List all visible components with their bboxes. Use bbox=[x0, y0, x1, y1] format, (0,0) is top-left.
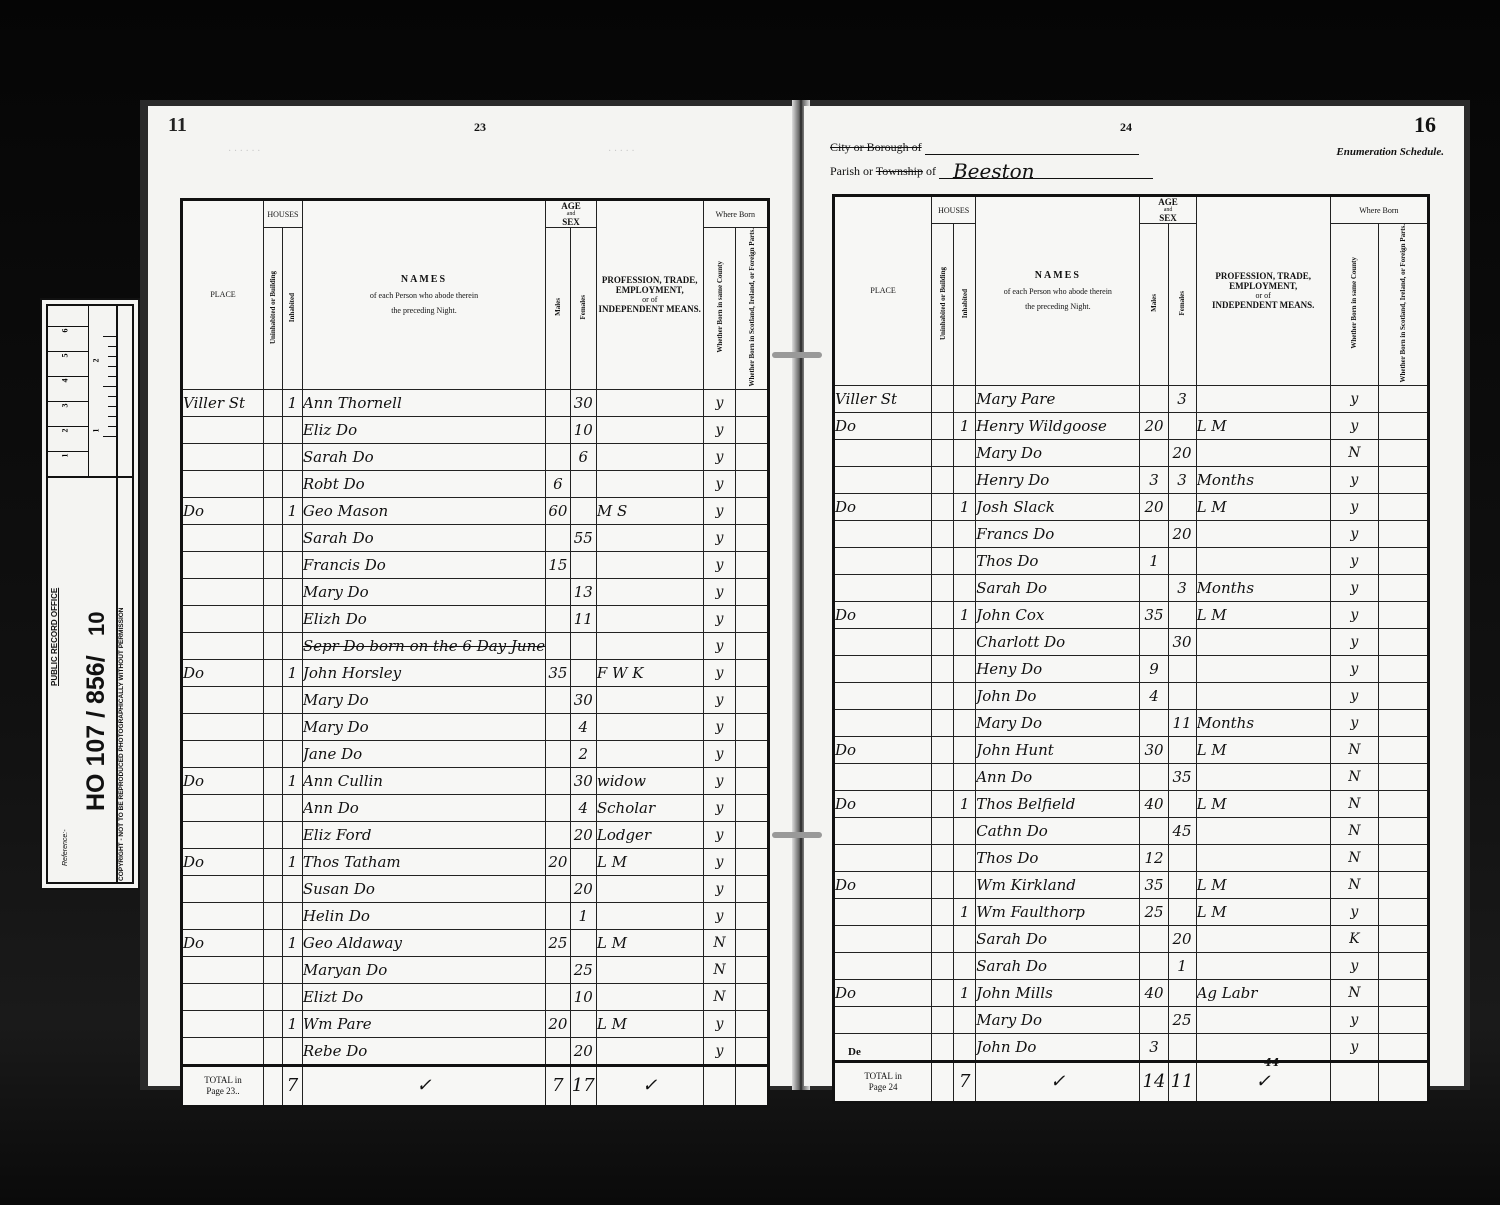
inhabited-cell bbox=[283, 686, 303, 713]
profession-cell bbox=[1196, 439, 1330, 466]
table-row: Thos Do1y bbox=[834, 547, 1429, 574]
total-females: 17 bbox=[570, 1065, 596, 1106]
same-county-cell: y bbox=[703, 470, 736, 497]
inhabited-cell: 1 bbox=[283, 767, 303, 794]
same-county-cell: y bbox=[703, 686, 736, 713]
foreign-born-cell bbox=[1378, 817, 1428, 844]
name-cell: John Mills bbox=[976, 979, 1140, 1006]
foreign-born-cell bbox=[736, 875, 769, 902]
name-cell: Mary Do bbox=[302, 713, 545, 740]
inhabited-cell bbox=[954, 628, 976, 655]
female-age-cell: 3 bbox=[1168, 466, 1196, 493]
left-page: 11 23 · · · · · · · · · · · PLACE HOUSES… bbox=[148, 106, 798, 1086]
place-cell: Do bbox=[182, 848, 264, 875]
inhabited-cell: 1 bbox=[954, 493, 976, 520]
male-age-cell: 4 bbox=[1140, 682, 1168, 709]
male-age-cell bbox=[1140, 385, 1168, 412]
place-cell bbox=[834, 898, 932, 925]
profession-cell bbox=[1196, 925, 1330, 952]
male-age-cell: 3 bbox=[1140, 466, 1168, 493]
table-row: Eliz Ford20Lodgery bbox=[182, 821, 769, 848]
same-county-cell: y bbox=[703, 740, 736, 767]
female-age-cell: 10 bbox=[570, 416, 596, 443]
name-cell: Ann Cullin bbox=[302, 767, 545, 794]
inhabited-cell bbox=[954, 655, 976, 682]
inhabited-cell bbox=[283, 821, 303, 848]
name-cell: Sarah Do bbox=[976, 952, 1140, 979]
total-uninhabited bbox=[932, 1061, 954, 1102]
foreign-born-cell bbox=[1378, 412, 1428, 439]
same-county-cell: y bbox=[703, 767, 736, 794]
binding-clip bbox=[772, 352, 822, 358]
uninhabited-cell bbox=[264, 551, 283, 578]
footnote-mark: De bbox=[848, 1046, 861, 1058]
name-cell: Mary Do bbox=[976, 1006, 1140, 1033]
same-county-cell: y bbox=[703, 605, 736, 632]
place-cell bbox=[182, 821, 264, 848]
place-cell: Do bbox=[182, 497, 264, 524]
female-age-cell bbox=[1168, 1033, 1196, 1061]
col-place: PLACE bbox=[834, 196, 932, 386]
inhabited-cell bbox=[283, 443, 303, 470]
name-cell: Thos Tatham bbox=[302, 848, 545, 875]
col-place: PLACE bbox=[182, 200, 264, 390]
same-county-cell: y bbox=[703, 497, 736, 524]
profession-cell bbox=[1196, 385, 1330, 412]
female-age-cell bbox=[1168, 493, 1196, 520]
same-county-cell: y bbox=[703, 389, 736, 416]
foreign-born-cell bbox=[736, 416, 769, 443]
uninhabited-cell bbox=[932, 709, 954, 736]
male-age-cell: 6 bbox=[546, 470, 571, 497]
name-cell: Ann Do bbox=[302, 794, 545, 821]
uninhabited-cell bbox=[932, 601, 954, 628]
place-cell bbox=[182, 632, 264, 659]
inhabited-cell bbox=[954, 385, 976, 412]
name-cell: Eliz Do bbox=[302, 416, 545, 443]
foreign-born-cell bbox=[1378, 601, 1428, 628]
place-cell bbox=[834, 574, 932, 601]
inhabited-cell bbox=[954, 952, 976, 979]
table-row: Francs Do20y bbox=[834, 520, 1429, 547]
name-cell: Thos Belfield bbox=[976, 790, 1140, 817]
table-row: 1Wm Faulthorp25L My bbox=[834, 898, 1429, 925]
name-cell: Josh Slack bbox=[976, 493, 1140, 520]
place-cell bbox=[182, 794, 264, 821]
place-cell bbox=[182, 686, 264, 713]
male-age-cell: 35 bbox=[1140, 601, 1168, 628]
profession-cell: Months bbox=[1196, 466, 1330, 493]
male-age-cell: 1 bbox=[1140, 547, 1168, 574]
uninhabited-cell bbox=[932, 871, 954, 898]
foreign-born-cell bbox=[1378, 1006, 1428, 1033]
inhabited-cell bbox=[954, 682, 976, 709]
name-cell: Sarah Do bbox=[976, 925, 1140, 952]
male-age-cell: 35 bbox=[1140, 871, 1168, 898]
name-cell: Wm Faulthorp bbox=[976, 898, 1140, 925]
male-age-cell: 20 bbox=[1140, 412, 1168, 439]
male-age-cell bbox=[1140, 952, 1168, 979]
male-age-cell: 25 bbox=[1140, 898, 1168, 925]
same-county-cell: y bbox=[703, 659, 736, 686]
profession-cell: L M bbox=[596, 1010, 703, 1037]
profession-cell: Lodger bbox=[596, 821, 703, 848]
place-cell: Do bbox=[182, 659, 264, 686]
female-age-cell: 4 bbox=[570, 713, 596, 740]
place-cell bbox=[834, 682, 932, 709]
place-cell bbox=[834, 655, 932, 682]
male-age-cell bbox=[546, 605, 571, 632]
female-age-cell: 25 bbox=[570, 956, 596, 983]
foreign-born-cell bbox=[736, 956, 769, 983]
uninhabited-cell bbox=[932, 763, 954, 790]
male-age-cell bbox=[1140, 925, 1168, 952]
profession-cell bbox=[1196, 817, 1330, 844]
total-label: TOTAL inPage 23.. bbox=[182, 1065, 264, 1106]
name-cell: Cathn Do bbox=[976, 817, 1140, 844]
female-age-cell: 20 bbox=[1168, 439, 1196, 466]
reference-number: HO 107 / 856/ bbox=[82, 655, 111, 811]
same-county-cell: N bbox=[703, 956, 736, 983]
inhabited-cell: 1 bbox=[954, 790, 976, 817]
same-county-cell: N bbox=[1330, 817, 1378, 844]
profession-cell: M S bbox=[596, 497, 703, 524]
uninhabited-cell bbox=[264, 605, 283, 632]
uninhabited-cell bbox=[264, 821, 283, 848]
name-cell: Helin Do bbox=[302, 902, 545, 929]
profession-cell: L M bbox=[1196, 898, 1330, 925]
same-county-cell: y bbox=[1330, 412, 1378, 439]
table-row: Maryan Do25N bbox=[182, 956, 769, 983]
same-county-cell: y bbox=[1330, 952, 1378, 979]
foreign-born-cell bbox=[1378, 520, 1428, 547]
female-age-cell bbox=[1168, 601, 1196, 628]
table-row: Mary Do20N bbox=[834, 439, 1429, 466]
place-cell bbox=[182, 902, 264, 929]
female-age-cell bbox=[570, 470, 596, 497]
place-cell bbox=[182, 1037, 264, 1065]
uninhabited-cell bbox=[264, 659, 283, 686]
name-cell: John Cox bbox=[976, 601, 1140, 628]
male-age-cell: 35 bbox=[546, 659, 571, 686]
foreign-born-cell bbox=[1378, 574, 1428, 601]
col-names: NAMES of each Person who abode therein t… bbox=[976, 196, 1140, 386]
name-cell: Sarah Do bbox=[302, 524, 545, 551]
female-age-cell bbox=[1168, 790, 1196, 817]
table-row: Mary Do13y bbox=[182, 578, 769, 605]
uninhabited-cell bbox=[264, 767, 283, 794]
uninhabited-cell bbox=[264, 389, 283, 416]
table-row: Henry Do33Monthsy bbox=[834, 466, 1429, 493]
table-row: Elizh Do11y bbox=[182, 605, 769, 632]
profession-cell bbox=[596, 875, 703, 902]
census-book: 11 23 · · · · · · · · · · · PLACE HOUSES… bbox=[140, 100, 1470, 1090]
male-age-cell bbox=[1140, 628, 1168, 655]
same-county-cell: y bbox=[703, 821, 736, 848]
total-males: 7 bbox=[546, 1065, 571, 1106]
name-cell: Mary Pare bbox=[976, 385, 1140, 412]
inhabited-cell: 1 bbox=[954, 898, 976, 925]
inhabited-cell bbox=[283, 983, 303, 1010]
profession-cell bbox=[596, 956, 703, 983]
table-row: Sarah Do55y bbox=[182, 524, 769, 551]
female-age-cell: 10 bbox=[570, 983, 596, 1010]
stray-mark: 44 bbox=[1264, 1056, 1279, 1069]
total-inhabited: 7 bbox=[954, 1061, 976, 1102]
profession-cell: Months bbox=[1196, 574, 1330, 601]
foreign-born-cell bbox=[1378, 979, 1428, 1006]
col-names: NAMES of each Person who abode therein t… bbox=[302, 200, 545, 390]
female-age-cell bbox=[570, 929, 596, 956]
female-age-cell: 30 bbox=[570, 767, 596, 794]
table-row: Do1Thos Belfield40L MN bbox=[834, 790, 1429, 817]
table-row: Heny Do9y bbox=[834, 655, 1429, 682]
uninhabited-cell bbox=[932, 493, 954, 520]
place-cell bbox=[834, 439, 932, 466]
profession-cell bbox=[596, 551, 703, 578]
col-age-sex: AGE and SEX bbox=[546, 200, 597, 228]
name-cell: Wm Pare bbox=[302, 1010, 545, 1037]
place-cell bbox=[834, 844, 932, 871]
female-age-cell bbox=[570, 848, 596, 875]
name-cell: Jane Do bbox=[302, 740, 545, 767]
foreign-born-cell bbox=[736, 821, 769, 848]
same-county-cell: y bbox=[1330, 574, 1378, 601]
inhabited-cell bbox=[954, 844, 976, 871]
male-age-cell bbox=[1140, 439, 1168, 466]
foreign-born-cell bbox=[1378, 439, 1428, 466]
uninhabited-cell bbox=[932, 385, 954, 412]
place-cell bbox=[182, 551, 264, 578]
same-county-cell: K bbox=[1330, 925, 1378, 952]
male-age-cell: 20 bbox=[546, 1010, 571, 1037]
profession-cell bbox=[596, 389, 703, 416]
female-age-cell bbox=[570, 497, 596, 524]
place-cell bbox=[182, 956, 264, 983]
same-county-cell: y bbox=[1330, 466, 1378, 493]
table-row: Do1Thos Tatham20L My bbox=[182, 848, 769, 875]
foreign-born-cell bbox=[736, 389, 769, 416]
table-row: Do1Geo Mason60M Sy bbox=[182, 497, 769, 524]
female-age-cell: 2 bbox=[570, 740, 596, 767]
uninhabited-cell bbox=[932, 925, 954, 952]
foreign-born-cell bbox=[1378, 709, 1428, 736]
place-cell bbox=[834, 520, 932, 547]
male-age-cell bbox=[546, 713, 571, 740]
profession-cell: Scholar bbox=[596, 794, 703, 821]
foreign-born-cell bbox=[736, 902, 769, 929]
same-county-cell: y bbox=[1330, 898, 1378, 925]
profession-cell: L M bbox=[596, 929, 703, 956]
profession-cell bbox=[1196, 547, 1330, 574]
page-number: 24 bbox=[1120, 120, 1132, 135]
profession-cell bbox=[596, 740, 703, 767]
table-row: Jane Do2y bbox=[182, 740, 769, 767]
uninhabited-cell bbox=[264, 470, 283, 497]
inhabited-cell bbox=[283, 632, 303, 659]
total-born bbox=[1330, 1061, 1378, 1102]
name-cell: Mary Do bbox=[976, 439, 1140, 466]
male-age-cell bbox=[546, 983, 571, 1010]
place-cell bbox=[834, 709, 932, 736]
profession-cell bbox=[1196, 682, 1330, 709]
right-page: 24 16 Enumeration Schedule. City or Boro… bbox=[804, 106, 1464, 1086]
foreign-born-cell bbox=[736, 983, 769, 1010]
male-age-cell bbox=[546, 578, 571, 605]
female-age-cell: 20 bbox=[1168, 925, 1196, 952]
male-age-cell bbox=[546, 902, 571, 929]
inhabited-cell bbox=[283, 605, 303, 632]
name-cell: John Horsley bbox=[302, 659, 545, 686]
col-age-sex: AGE and SEX bbox=[1140, 196, 1196, 224]
table-row: Thos Do12N bbox=[834, 844, 1429, 871]
name-cell: John Hunt bbox=[976, 736, 1140, 763]
same-county-cell: y bbox=[703, 416, 736, 443]
place-cell: Do bbox=[182, 767, 264, 794]
table-row: John Do3y bbox=[834, 1033, 1429, 1061]
table-row: Mary Do4y bbox=[182, 713, 769, 740]
inhabited-cell bbox=[283, 470, 303, 497]
female-age-cell: 4 bbox=[570, 794, 596, 821]
male-age-cell: 9 bbox=[1140, 655, 1168, 682]
place-cell bbox=[182, 740, 264, 767]
same-county-cell: y bbox=[703, 1037, 736, 1065]
name-cell: Charlott Do bbox=[976, 628, 1140, 655]
piece-number: 10 bbox=[84, 612, 110, 636]
foreign-born-cell bbox=[1378, 493, 1428, 520]
uninhabited-cell bbox=[264, 632, 283, 659]
male-age-cell bbox=[546, 740, 571, 767]
foreign-born-cell bbox=[736, 659, 769, 686]
corner-mark: 11 bbox=[168, 114, 187, 137]
male-age-cell bbox=[546, 956, 571, 983]
profession-cell bbox=[596, 686, 703, 713]
total-names-check: ✓ bbox=[976, 1061, 1140, 1102]
profession-cell: L M bbox=[1196, 871, 1330, 898]
profession-cell bbox=[596, 416, 703, 443]
table-row: Rebe Do20y bbox=[182, 1037, 769, 1065]
table-row: Mary Do30y bbox=[182, 686, 769, 713]
uninhabited-cell bbox=[264, 740, 283, 767]
table-row: Charlott Do30y bbox=[834, 628, 1429, 655]
inhabited-cell bbox=[283, 902, 303, 929]
female-age-cell bbox=[1168, 844, 1196, 871]
name-cell: Thos Do bbox=[976, 547, 1140, 574]
total-row: TOTAL inPage 23..7✓717✓ bbox=[182, 1065, 769, 1106]
female-age-cell bbox=[1168, 871, 1196, 898]
same-county-cell: y bbox=[1330, 601, 1378, 628]
profession-cell bbox=[596, 524, 703, 551]
foreign-born-cell bbox=[736, 605, 769, 632]
inhabited-cell bbox=[954, 547, 976, 574]
uninhabited-cell bbox=[932, 628, 954, 655]
male-age-cell: 30 bbox=[1140, 736, 1168, 763]
inhabited-cell bbox=[954, 925, 976, 952]
inhabited-cell bbox=[283, 524, 303, 551]
name-cell: Thos Do bbox=[976, 844, 1140, 871]
same-county-cell: y bbox=[703, 443, 736, 470]
uninhabited-cell bbox=[932, 520, 954, 547]
profession-cell bbox=[596, 713, 703, 740]
female-age-cell: 35 bbox=[1168, 763, 1196, 790]
same-county-cell: y bbox=[703, 551, 736, 578]
female-age-cell bbox=[1168, 412, 1196, 439]
table-row: Sarah Do1y bbox=[834, 952, 1429, 979]
place-cell bbox=[834, 925, 932, 952]
profession-cell: L M bbox=[1196, 412, 1330, 439]
col-houses: HOUSES bbox=[932, 196, 976, 224]
profession-cell: L M bbox=[1196, 601, 1330, 628]
foreign-born-cell bbox=[1378, 1033, 1428, 1061]
profession-cell: L M bbox=[1196, 736, 1330, 763]
uninhabited-cell bbox=[932, 844, 954, 871]
same-county-cell: y bbox=[703, 632, 736, 659]
place-cell: Do bbox=[834, 601, 932, 628]
inhabited-cell: 1 bbox=[283, 659, 303, 686]
uninhabited-cell bbox=[932, 817, 954, 844]
foreign-born-cell bbox=[1378, 898, 1428, 925]
inhabited-cell bbox=[954, 439, 976, 466]
profession-cell bbox=[596, 983, 703, 1010]
female-age-cell: 25 bbox=[1168, 1006, 1196, 1033]
col-profession: PROFESSION, TRADE, EMPLOYMENT, or of IND… bbox=[1196, 196, 1330, 386]
place-cell bbox=[182, 524, 264, 551]
male-age-cell bbox=[1140, 763, 1168, 790]
table-row: Ann Do4Scholary bbox=[182, 794, 769, 821]
uninhabited-cell bbox=[264, 929, 283, 956]
same-county-cell: y bbox=[1330, 682, 1378, 709]
foreign-born-cell bbox=[736, 578, 769, 605]
male-age-cell: 3 bbox=[1140, 1033, 1168, 1061]
profession-cell: Months bbox=[1196, 709, 1330, 736]
uninhabited-cell bbox=[932, 682, 954, 709]
profession-cell bbox=[1196, 763, 1330, 790]
place-cell: Do bbox=[834, 493, 932, 520]
male-age-cell bbox=[546, 821, 571, 848]
inhabited-cell: 1 bbox=[283, 1010, 303, 1037]
place-cell bbox=[182, 578, 264, 605]
female-age-cell: 20 bbox=[570, 875, 596, 902]
inhabited-cell bbox=[283, 551, 303, 578]
name-cell: Henry Wildgoose bbox=[976, 412, 1140, 439]
foreign-born-cell bbox=[736, 713, 769, 740]
inhabited-cell bbox=[954, 520, 976, 547]
same-county-cell: y bbox=[1330, 1033, 1378, 1061]
same-county-cell: y bbox=[1330, 655, 1378, 682]
inhabited-cell bbox=[283, 956, 303, 983]
inhabited-cell bbox=[954, 763, 976, 790]
male-age-cell: 60 bbox=[546, 497, 571, 524]
profession-cell bbox=[1196, 655, 1330, 682]
profession-cell bbox=[596, 578, 703, 605]
profession-cell bbox=[596, 632, 703, 659]
place-cell bbox=[834, 763, 932, 790]
uninhabited-cell bbox=[932, 439, 954, 466]
table-row: Do1John Cox35L My bbox=[834, 601, 1429, 628]
total-foreign bbox=[1378, 1061, 1428, 1102]
uninhabited-cell bbox=[264, 686, 283, 713]
place-cell: Do bbox=[834, 412, 932, 439]
profession-cell bbox=[596, 470, 703, 497]
male-age-cell bbox=[546, 416, 571, 443]
foreign-born-cell bbox=[1378, 682, 1428, 709]
same-county-cell: y bbox=[1330, 520, 1378, 547]
uninhabited-cell bbox=[264, 713, 283, 740]
name-cell: Maryan Do bbox=[302, 956, 545, 983]
uninhabited-cell bbox=[264, 902, 283, 929]
male-age-cell: 20 bbox=[546, 848, 571, 875]
table-row: Robt Do6y bbox=[182, 470, 769, 497]
